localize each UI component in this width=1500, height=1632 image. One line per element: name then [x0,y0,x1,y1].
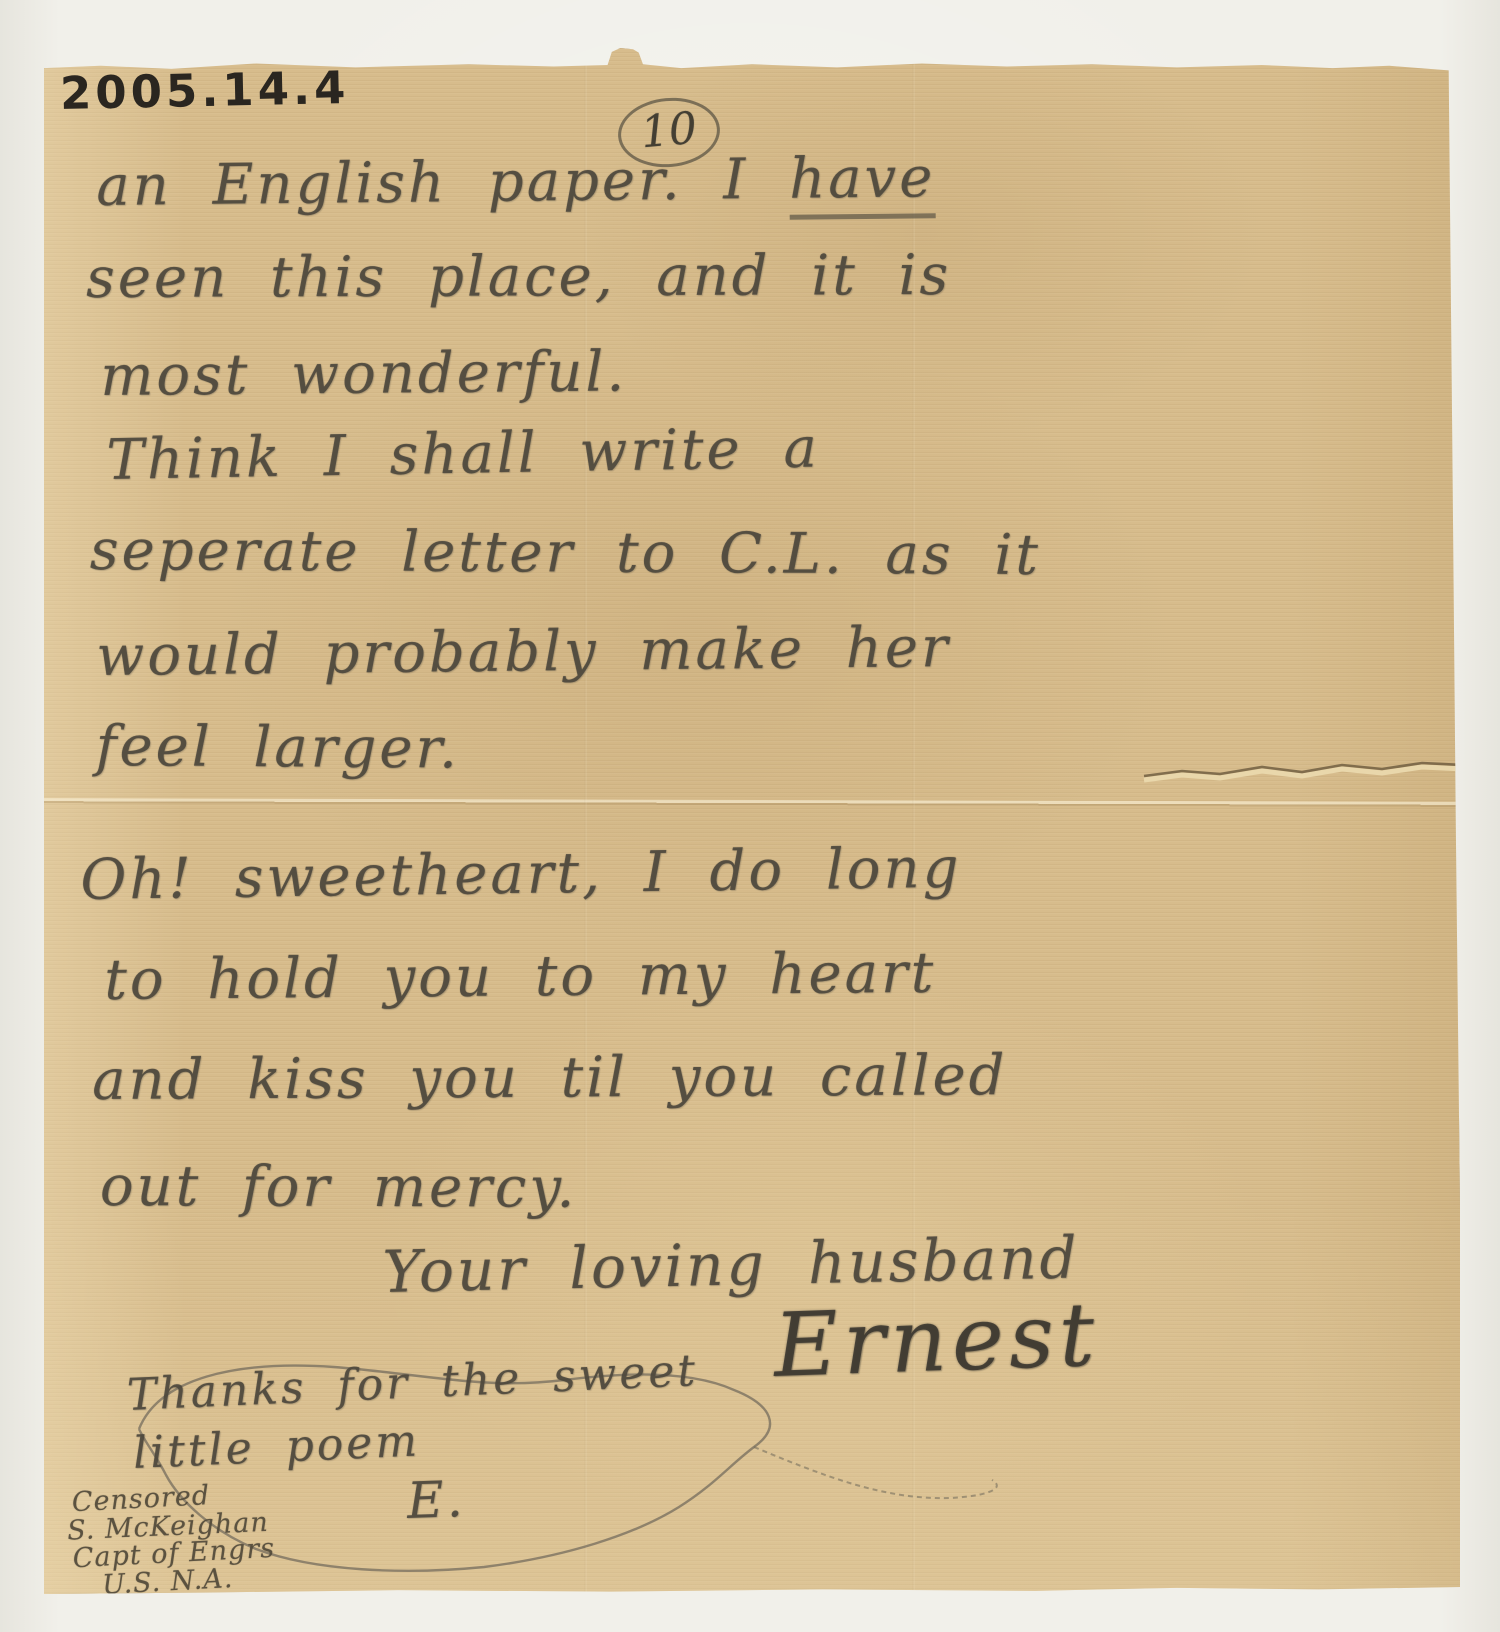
letter-page: 2005.14.4 10 an English paper. I have se… [44,48,1460,1594]
line-text: an English paper. I [96,147,789,219]
handwritten-line: seen this place, and it is [86,243,951,311]
handwritten-line: Think I shall write a [106,416,820,493]
censor-stamp: Censored S. McKeighan Capt of Engrs U.S.… [71,1479,277,1601]
censor-line: U.S. N.A. [102,1563,278,1600]
handwritten-line: to hold you to my heart [104,941,937,1013]
handwritten-line: most wonderful. [100,339,627,409]
handwritten-line: Oh! sweetheart, I do long [80,836,962,913]
handwritten-line: out for mercy. [100,1154,578,1221]
catalog-number: 2005.14.4 [59,61,349,120]
handwritten-line: seperate letter to C.L. as it [90,518,1041,588]
postscript-initial: E. [406,1470,466,1530]
handwritten-line: would probably make her [96,615,951,689]
underlined-word: have [789,145,936,220]
handwritten-line: feel larger. [96,714,461,782]
paper-tear [1144,756,1464,790]
fold-crease [44,798,1460,809]
handwritten-line: an English paper. I have [96,145,936,219]
handwritten-line: and kiss you til you called [92,1043,1008,1113]
